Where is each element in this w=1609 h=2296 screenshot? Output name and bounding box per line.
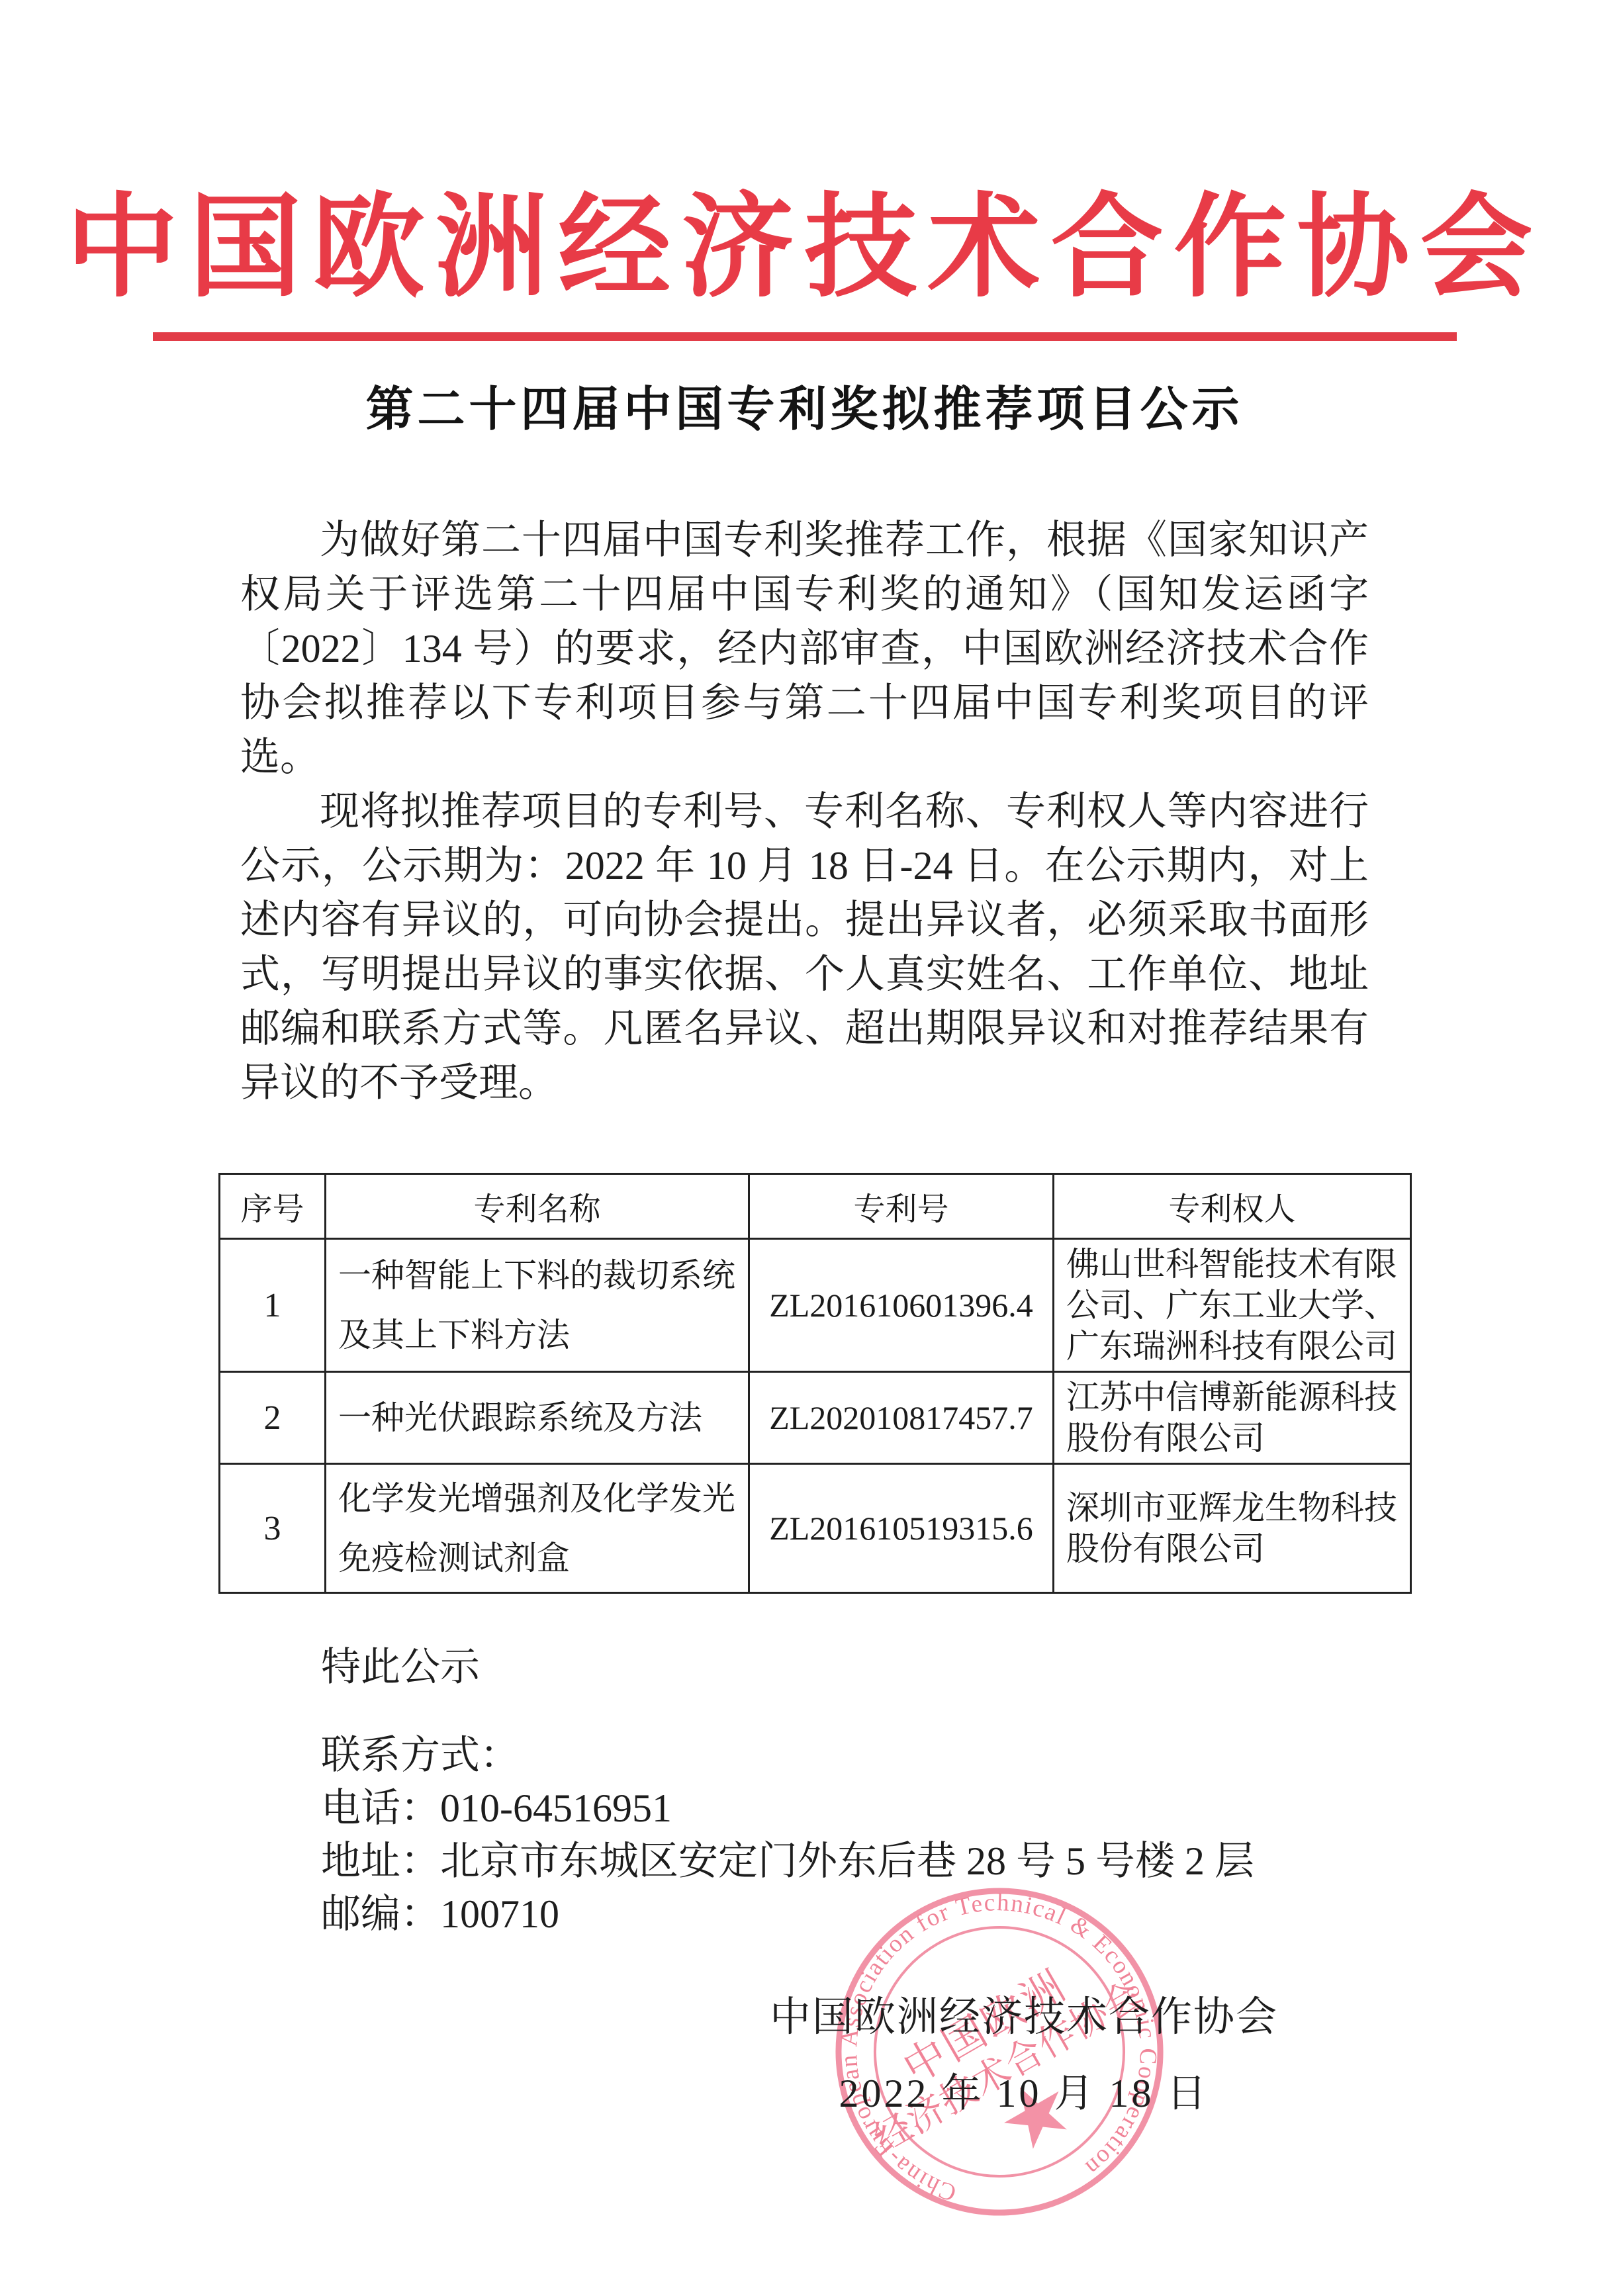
document-title: 第二十四届中国专利奖拟推荐项目公示: [0, 386, 1609, 434]
table-row: 1 一种智能上下料的裁切系统 及其上下料方法 ZL201610601396.4 …: [220, 1239, 1411, 1372]
signature-block: 中国欧洲经济技术合作协会 2022 年 10 月 18 日: [770, 1994, 1278, 2117]
letterhead-org-title: 中国欧洲经济技术合作协会: [0, 192, 1609, 304]
document-body: 为做好第二十四届中国专利奖推荐工作，根据《国家知识产权局关于评选第二十四届中国专…: [240, 513, 1369, 1110]
patentee-cell: 深圳市亚辉龙生物科技股份有限公司: [1054, 1464, 1411, 1593]
patent-table: 序号 专利名称 专利号 专利权人 1 一种智能上下料的裁切系统 及其上下料方法 …: [218, 1173, 1412, 1594]
paragraph-2: 现将拟推荐项目的专利号、专利名称、专利权人等内容进行公示，公示期为：2022 年…: [240, 784, 1369, 1110]
header-patentee: 专利权人: [1054, 1174, 1411, 1239]
signature-org-name: 中国欧洲经济技术合作协会: [770, 1994, 1278, 2041]
patentee-cell: 江苏中信博新能源科技股份有限公司: [1054, 1372, 1411, 1464]
header-patent-name: 专利名称: [326, 1174, 749, 1239]
table-header-row: 序号 专利名称 专利号 专利权人: [220, 1174, 1411, 1239]
table-row: 2 一种光伏跟踪系统及方法 ZL202010817457.7 江苏中信博新能源科…: [220, 1372, 1411, 1464]
letterhead-divider-rule: [153, 332, 1457, 341]
header-patent-number: 专利号: [749, 1174, 1054, 1239]
contact-address: 地址：北京市东城区安定门外东后巷 28 号 5 号楼 2 层: [242, 1835, 1609, 1888]
serial-cell: 2: [220, 1372, 326, 1464]
patent-name-cell: 一种光伏跟踪系统及方法: [326, 1372, 749, 1464]
serial-cell: 1: [220, 1239, 326, 1372]
patent-name-cell: 化学发光增强剂及化学发光 免疫检测试剂盒: [326, 1464, 749, 1593]
contact-heading: 联系方式：: [242, 1729, 1609, 1782]
patent-number-cell: ZL201610519315.6: [749, 1464, 1054, 1593]
contact-phone: 电话：010-64516951: [242, 1782, 1609, 1835]
patentee-cell: 佛山世科智能技术有限公司、广东工业大学、广东瑞洲科技有限公司: [1054, 1239, 1411, 1372]
patent-number-cell: ZL202010817457.7: [749, 1372, 1054, 1464]
patent-number-cell: ZL201610601396.4: [749, 1239, 1054, 1372]
serial-cell: 3: [220, 1464, 326, 1593]
table-row: 3 化学发光增强剂及化学发光 免疫检测试剂盒 ZL201610519315.6 …: [220, 1464, 1411, 1593]
signature-date: 2022 年 10 月 18 日: [770, 2070, 1278, 2117]
closing-notice: 特此公示: [242, 1644, 1609, 1690]
patent-name-cell: 一种智能上下料的裁切系统 及其上下料方法: [326, 1239, 749, 1372]
paragraph-1: 为做好第二十四届中国专利奖推荐工作，根据《国家知识产权局关于评选第二十四届中国专…: [240, 513, 1369, 784]
header-serial: 序号: [220, 1174, 326, 1239]
